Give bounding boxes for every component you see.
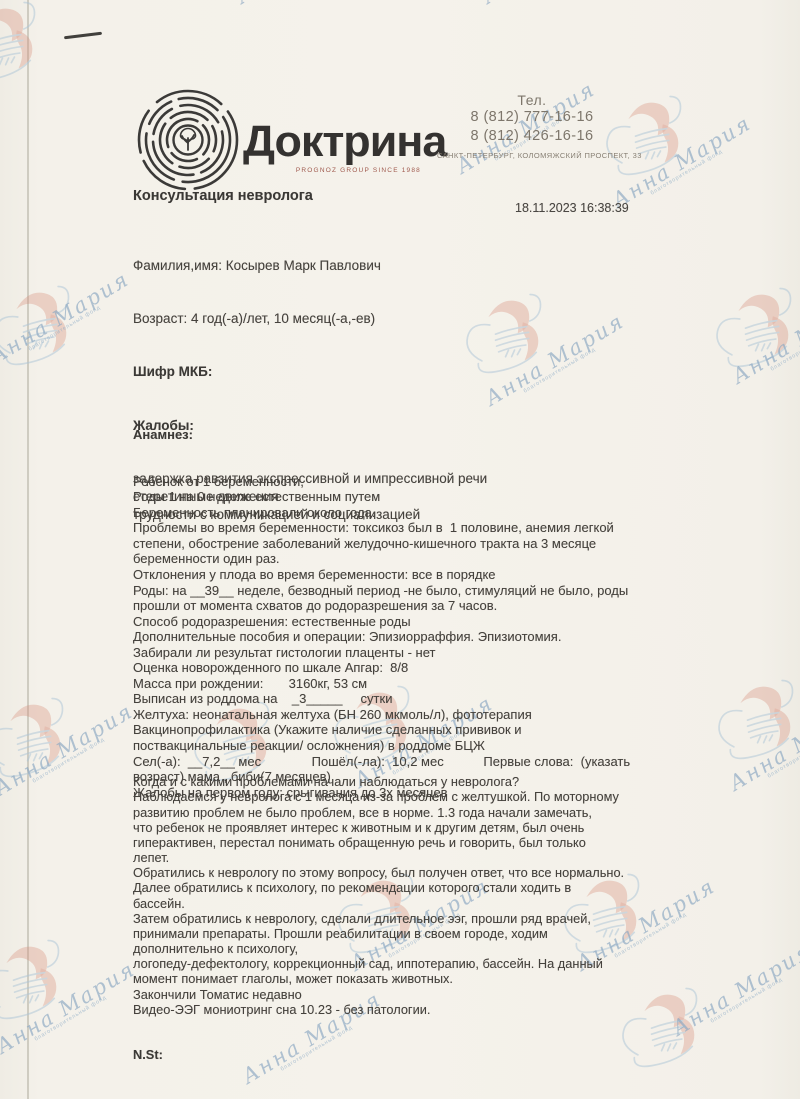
phone-label: Тел. xyxy=(437,92,627,108)
phone-number-2: 8 (812) 426-16-16 xyxy=(437,127,627,146)
scan-edge-line xyxy=(27,0,29,1099)
text-line: гиперактивен, перестал понимать обращенн… xyxy=(133,835,683,850)
watermark-main-text: Анна Мария xyxy=(668,939,800,1041)
text-line: дополнительно к психологу, xyxy=(133,941,683,956)
watermark-sub-text: благотворительный фонд xyxy=(650,129,757,197)
brand-name: Доктрина xyxy=(243,117,446,167)
text-line: бассейн. xyxy=(133,896,683,911)
text-line: Закончили Томатис недавно xyxy=(133,987,683,1002)
text-line: Желтуха: неонатальная желтуха (БН 260 мк… xyxy=(133,707,678,723)
watermark-text: Анна Марияблаготворительный фонд xyxy=(478,0,627,11)
text-line: логопеду-дефектологу, коррекционный сад,… xyxy=(133,956,683,971)
text-line: Вакцинопрофилактика (Укажите наличие сде… xyxy=(133,722,678,738)
text-line: лепет. xyxy=(133,850,683,865)
watermark-sub-text: благотворительный фонд xyxy=(767,712,800,780)
watermark-sub-text: благотворительный фонд xyxy=(32,717,139,785)
text-line: Дополнительные пособия и операции: Эпизи… xyxy=(133,629,678,645)
text-line: Забирали ли результат гистологии плацент… xyxy=(133,645,678,661)
watermark-sub-text: благотворительный фонд xyxy=(770,305,800,373)
text-line: Видео-ЭЭГ мониотринг сна 10.23 - без пат… xyxy=(133,1002,683,1017)
watermark-text: Анна Марияблаготворительный фонд xyxy=(0,699,139,803)
text-line: Обратились к неврологу по этому вопросу,… xyxy=(133,865,683,880)
anamnesis-label: Анамнез: xyxy=(133,427,678,443)
watermark-text: Анна Марияблаготворительный фонд xyxy=(608,111,757,215)
watermark-text: Анна Марияблаготворительный фонд xyxy=(0,267,135,371)
text-line: Ребенок от 1 беременности, xyxy=(133,474,678,490)
text-line: момент понимает глаголы, может показать … xyxy=(133,971,683,986)
watermark-text: Анна Марияблаготворительный фонд xyxy=(232,0,381,11)
anna-maria-fund-logo-icon xyxy=(0,930,83,1034)
text-line: беременности один раз. xyxy=(133,551,678,567)
text-line: Проблемы во время беременности: токсикоз… xyxy=(133,520,678,536)
brand-tagline: PROGNOZ GROUP SINCE 1988 xyxy=(245,167,421,174)
text-line: Оценка новорожденного по шкале Апгар: 8/… xyxy=(133,660,678,676)
watermark-text: Анна Марияблаготворительный фонд xyxy=(728,287,800,391)
watermark-main-text: Анна Мария xyxy=(478,0,626,9)
text-line: Когда и с какими проблемами начали наблю… xyxy=(133,774,683,789)
watermark-main-text: Анна Мария xyxy=(725,694,800,796)
anna-maria-fund-logo-icon xyxy=(703,670,800,774)
text-line: Затем обратились к неврологу, сделали дл… xyxy=(133,911,683,926)
text-line: принимали препараты. Прошли реабилитации… xyxy=(133,926,683,941)
history-block: Когда и с какими проблемами начали наблю… xyxy=(133,744,683,1093)
patient-name-line: Фамилия,имя: Косырев Марк Павлович xyxy=(133,257,613,275)
watermark-main-text: Анна Мария xyxy=(728,287,800,389)
document-datetime: 18.11.2023 16:38:39 xyxy=(515,201,629,215)
mkb-code-label: Шифр МКБ: xyxy=(133,363,613,381)
text-line: Выписан из роддома на _3_____ сутки xyxy=(133,691,678,707)
clinic-contact-block: Тел. 8 (812) 777-16-16 8 (812) 426-16-16… xyxy=(437,92,627,160)
pen-mark xyxy=(64,32,102,39)
patient-age-line: Возраст: 4 год(-а)/лет, 10 месяц(-а,-ев) xyxy=(133,310,613,328)
watermark-main-text: Анна Мария xyxy=(232,0,380,9)
anna-maria-fund-logo-icon xyxy=(0,276,93,380)
text-line: Наблюдаемся у невролога с 1 месяца из-за… xyxy=(133,789,683,804)
anna-maria-fund-logo-icon xyxy=(701,278,800,382)
history-lines: Когда и с какими проблемами начали наблю… xyxy=(133,774,683,1017)
text-line: прошли от момента схватов до родоразреше… xyxy=(133,598,678,614)
text-line: Способ родоразрешения: естественные роды xyxy=(133,614,678,630)
text-line: Роды 1 на 0 неделе естественным путем xyxy=(133,489,678,505)
text-line: развитию проблем не было проблем, все в … xyxy=(133,805,683,820)
watermark-text: Анна Марияблаготворительный фонд xyxy=(725,694,800,798)
clinic-address: САНКТ-ПЕТЕРБУРГ, КОЛОМЯЖСКИЙ ПРОСПЕКТ, 3… xyxy=(437,151,627,160)
text-line: Беременность планировали около года. xyxy=(133,505,678,521)
scanned-document-page: Анна Марияблаготворительный фондАнна Мар… xyxy=(0,0,800,1099)
text-line: Далее обратились к психологу, по рекомен… xyxy=(133,880,683,895)
anna-maria-fund-logo-icon xyxy=(0,688,87,792)
watermark-main-text: Анна Мария xyxy=(608,111,756,213)
watermark-main-text: Анна Мария xyxy=(0,957,140,1059)
text-line: что ребенок не проявляет интерес к живот… xyxy=(133,820,683,835)
text-line: степени, обострение заболеваний желудочн… xyxy=(133,536,678,552)
watermark-sub-text: благотворительный фонд xyxy=(34,975,141,1043)
watermark-text: Анна Марияблаготворительный фонд xyxy=(0,957,141,1061)
watermark-main-text: Анна Мария xyxy=(0,267,134,369)
document-title: Консультация невролога xyxy=(133,188,313,204)
watermark-sub-text: благотворительный фонд xyxy=(28,285,135,353)
watermark-sub-text: благотворительный фонд xyxy=(710,957,800,1025)
anna-maria-fund-logo-icon xyxy=(0,0,59,96)
doctrina-logo-icon xyxy=(136,88,240,192)
watermark-main-text: Анна Мария xyxy=(0,699,138,801)
phone-number-1: 8 (812) 777-16-16 xyxy=(437,108,627,127)
text-line: Роды: на __39__ неделе, безводный период… xyxy=(133,583,678,599)
neuro-status-label: N.St: xyxy=(133,1047,683,1062)
watermark-text: Анна Марияблаготворительный фонд xyxy=(668,939,800,1043)
text-line: Масса при рождении: 3160кг, 53 см xyxy=(133,676,678,692)
text-line: Отклонения у плода во время беременности… xyxy=(133,567,678,583)
